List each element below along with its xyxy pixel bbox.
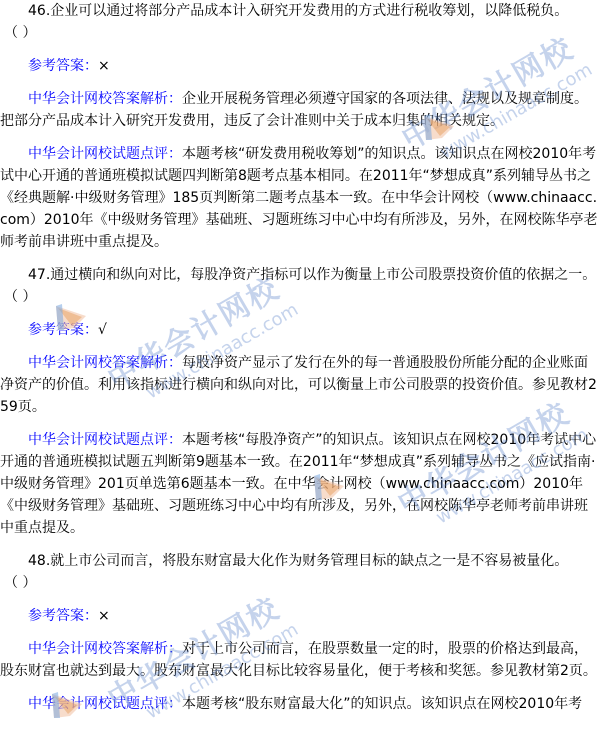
answer-analysis: 中华会计网校答案解析：每股净资产显示了发行在外的每一普通股股份所能分配的企业账面… bbox=[0, 352, 598, 418]
question-comment-label: 中华会计网校试题点评： bbox=[28, 432, 182, 448]
question-number: 47. bbox=[28, 267, 50, 283]
question-comment: 中华会计网校试题点评：本题考核“股东财富最大化”的知识点。该知识点在网校2010… bbox=[0, 693, 598, 715]
question-text: 46.企业可以通过将部分产品成本计入研究开发费用的方式进行税收筹划，以降低税负。 bbox=[0, 0, 598, 22]
answer-paren: （ ） bbox=[0, 22, 598, 44]
answer-analysis-label: 中华会计网校答案解析： bbox=[28, 355, 182, 371]
question-comment-label: 中华会计网校试题点评： bbox=[28, 146, 182, 162]
question-47: 47.通过横向和纵向对比，每股净资产指标可以作为衡量上市公司股票投资价值的依据之… bbox=[0, 264, 598, 550]
question-text: 47.通过横向和纵向对比，每股净资产指标可以作为衡量上市公司股票投资价值的依据之… bbox=[0, 264, 598, 286]
question-number: 46. bbox=[28, 3, 50, 19]
reference-answer-label: 参考答案： bbox=[28, 608, 98, 624]
answer-analysis-label: 中华会计网校答案解析： bbox=[28, 641, 182, 657]
answer-paren: （ ） bbox=[0, 286, 598, 308]
answer-analysis: 中华会计网校答案解析：企业开展税务管理必须遵守国家的各项法律、法规以及规章制度。… bbox=[0, 88, 598, 132]
question-number: 48. bbox=[28, 553, 50, 569]
reference-answer-value: √ bbox=[98, 322, 107, 338]
reference-answer-label: 参考答案： bbox=[28, 58, 98, 74]
reference-answer-value: × bbox=[98, 58, 110, 74]
question-statement: 就上市公司而言，将股东财富最大化作为财务管理目标的缺点之一是不容易被量化。 bbox=[50, 553, 568, 569]
question-comment: 中华会计网校试题点评：本题考核“每股净资产”的知识点。该知识点在网校2010年考… bbox=[0, 429, 598, 539]
question-comment-text: 本题考核“股东财富最大化”的知识点。该知识点在网校2010年考 bbox=[182, 696, 582, 712]
question-46: 46.企业可以通过将部分产品成本计入研究开发费用的方式进行税收筹划，以降低税负。… bbox=[0, 0, 598, 264]
answer-analysis: 中华会计网校答案解析：对于上市公司而言，在股票数量一定的时，股票的价格达到最高，… bbox=[0, 638, 598, 682]
exam-document: 46.企业可以通过将部分产品成本计入研究开发费用的方式进行税收筹划，以降低税负。… bbox=[0, 0, 598, 715]
question-statement: 通过横向和纵向对比，每股净资产指标可以作为衡量上市公司股票投资价值的依据之一。 bbox=[50, 267, 596, 283]
reference-answer: 参考答案：√ bbox=[0, 319, 598, 341]
reference-answer: 参考答案：× bbox=[0, 55, 598, 77]
question-comment-label: 中华会计网校试题点评： bbox=[28, 696, 182, 712]
reference-answer: 参考答案：× bbox=[0, 605, 598, 627]
answer-paren: （ ） bbox=[0, 572, 598, 594]
reference-answer-label: 参考答案： bbox=[28, 322, 98, 338]
answer-analysis-label: 中华会计网校答案解析： bbox=[28, 91, 182, 107]
question-comment: 中华会计网校试题点评：本题考核“研发费用税收筹划”的知识点。该知识点在网校201… bbox=[0, 143, 598, 253]
reference-answer-value: × bbox=[98, 608, 110, 624]
question-48: 48.就上市公司而言，将股东财富最大化作为财务管理目标的缺点之一是不容易被量化。… bbox=[0, 550, 598, 715]
question-text: 48.就上市公司而言，将股东财富最大化作为财务管理目标的缺点之一是不容易被量化。 bbox=[0, 550, 598, 572]
question-statement: 企业可以通过将部分产品成本计入研究开发费用的方式进行税收筹划，以降低税负。 bbox=[50, 3, 568, 19]
